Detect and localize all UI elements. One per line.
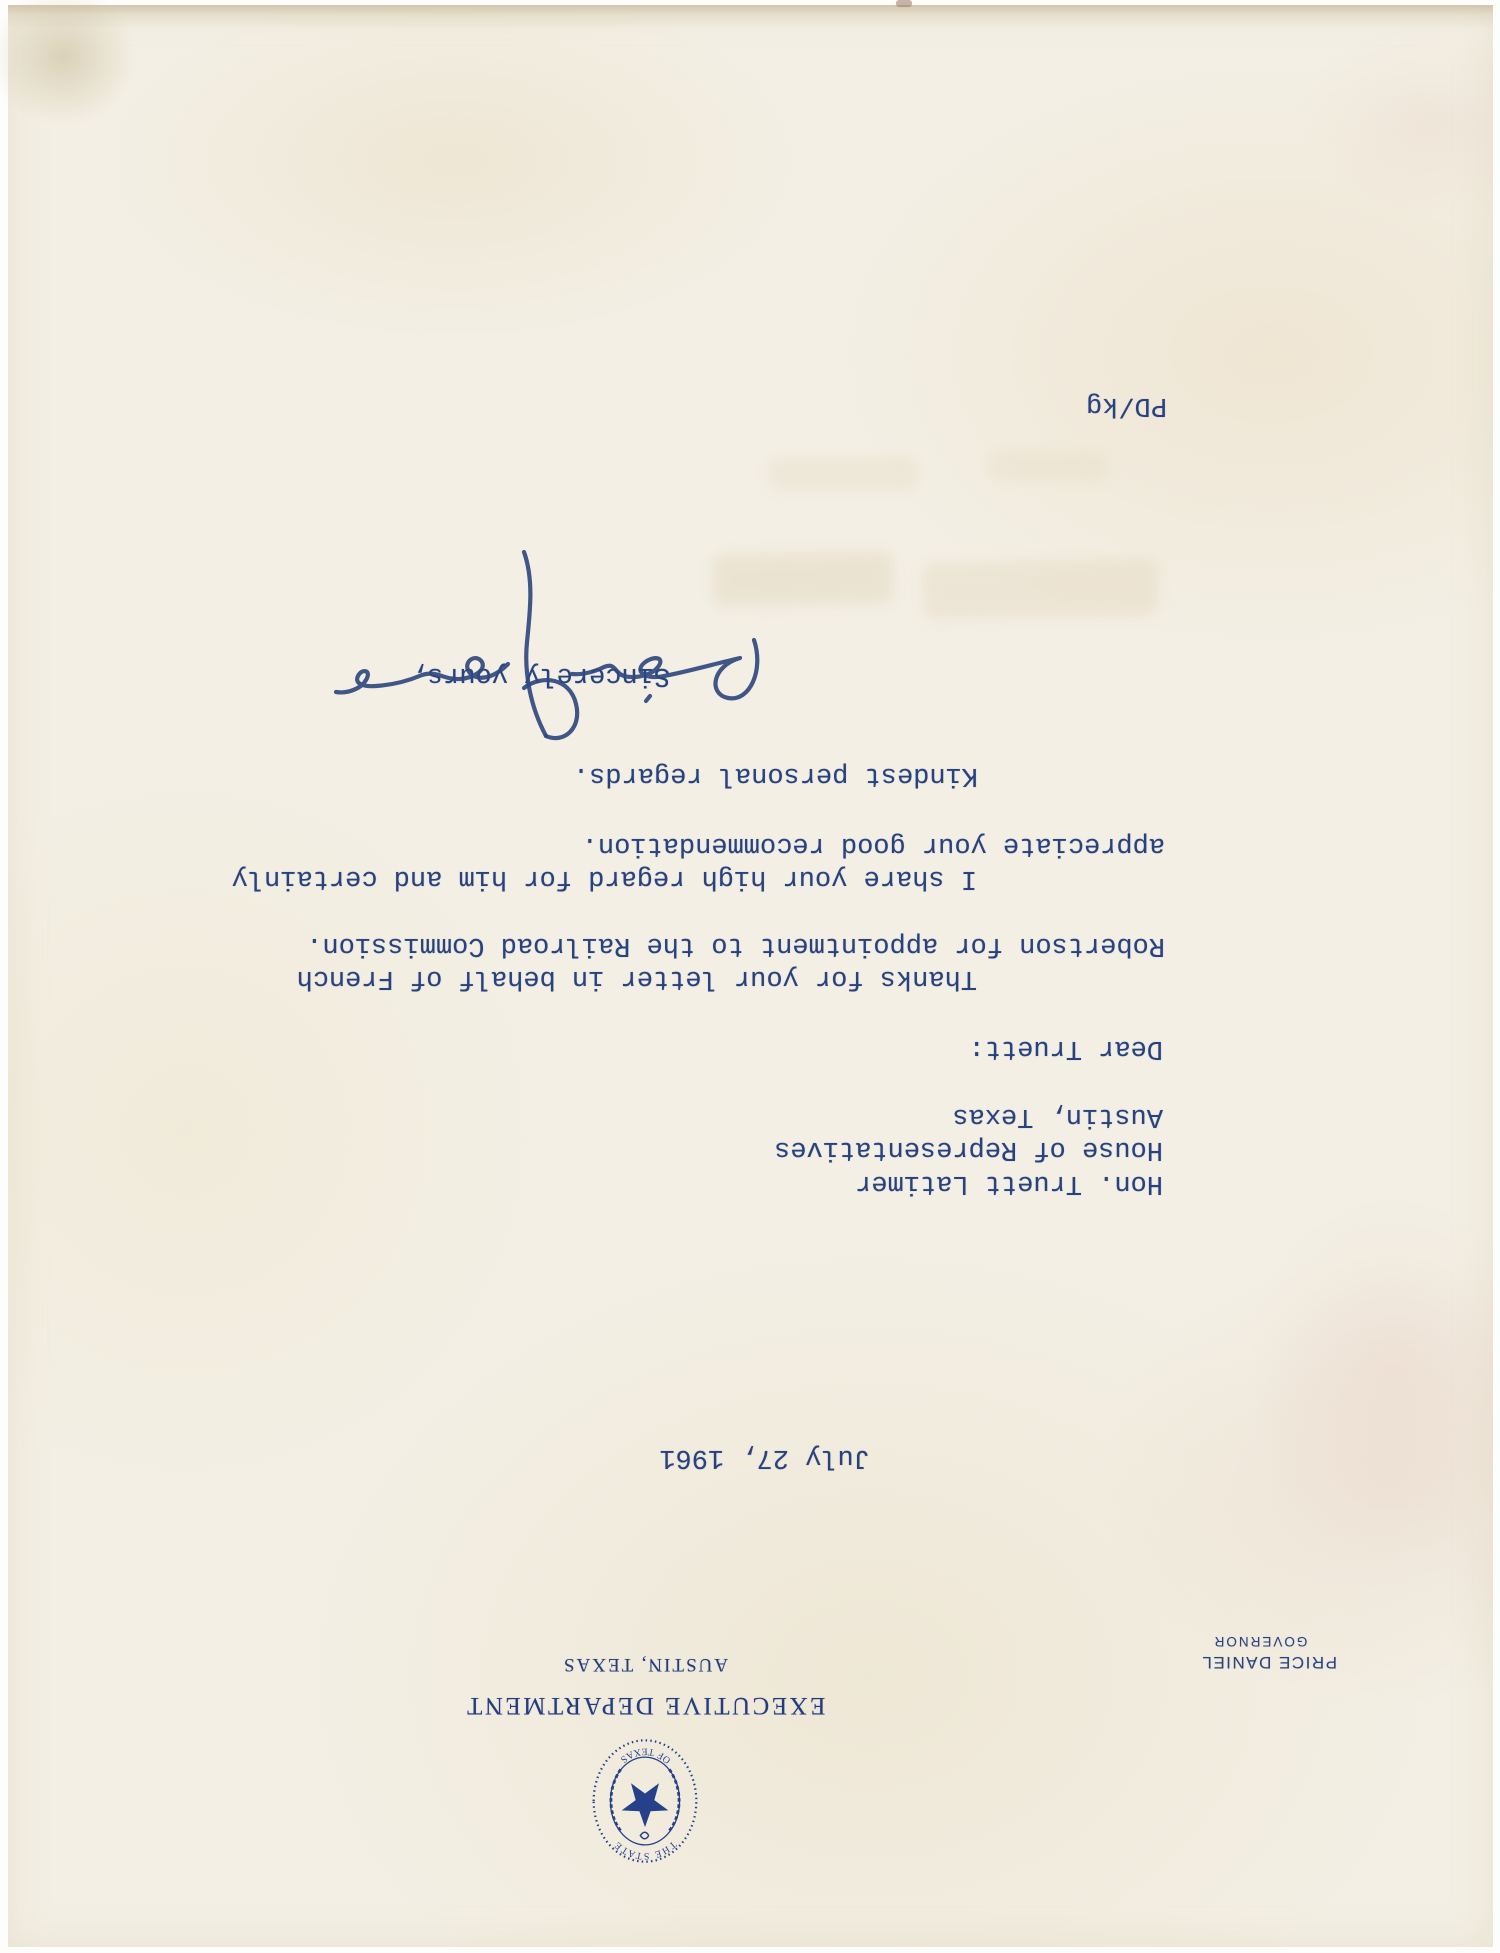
upside-down-letter: THE STATE OF TEXAS EXECUTIVE DEPARTMENT …: [0, 0, 1500, 1953]
body-p2-line1: I share your high regard for him and cer…: [232, 863, 977, 893]
body-p2-line2: appreciate your good recommendation.: [582, 830, 1165, 860]
body-p3: Kindest personal regards.: [573, 760, 978, 790]
letterhead-department: EXECUTIVE DEPARTMENT: [390, 1691, 900, 1719]
wreath-bow: [640, 1832, 648, 1839]
recipient-line-3: Austin, Texas: [952, 1101, 1163, 1131]
recipient-line-2: House of Representatives: [774, 1134, 1163, 1164]
letterhead-location: AUSTIN, TEXAS: [390, 1653, 900, 1675]
scanned-letter-page: THE STATE OF TEXAS EXECUTIVE DEPARTMENT …: [0, 0, 1500, 1953]
recipient-line-1: Hon. Truett Latimer: [855, 1168, 1163, 1198]
seal-text-top: THE STATE: [612, 1839, 679, 1862]
texas-state-seal: THE STATE OF TEXAS: [589, 1734, 701, 1868]
reference-initials: PD/kg: [1086, 390, 1167, 420]
salutation: Dear Truett:: [969, 1033, 1163, 1063]
seal-text-bottom: OF TEXAS: [617, 1746, 673, 1766]
lone-star-icon: [622, 1783, 669, 1827]
governor-name: PRICE DANIEL: [1201, 1652, 1337, 1672]
governor-title: GOVERNOR: [1183, 1634, 1337, 1649]
signature-price-daniel: [330, 543, 770, 758]
body-p1-line1: Thanks for your letter in behalf of Fren…: [296, 963, 977, 993]
date-line: July 27, 1961: [659, 1442, 870, 1472]
body-p1-line2: Robertson for appointment to the Railroa…: [306, 930, 1165, 960]
